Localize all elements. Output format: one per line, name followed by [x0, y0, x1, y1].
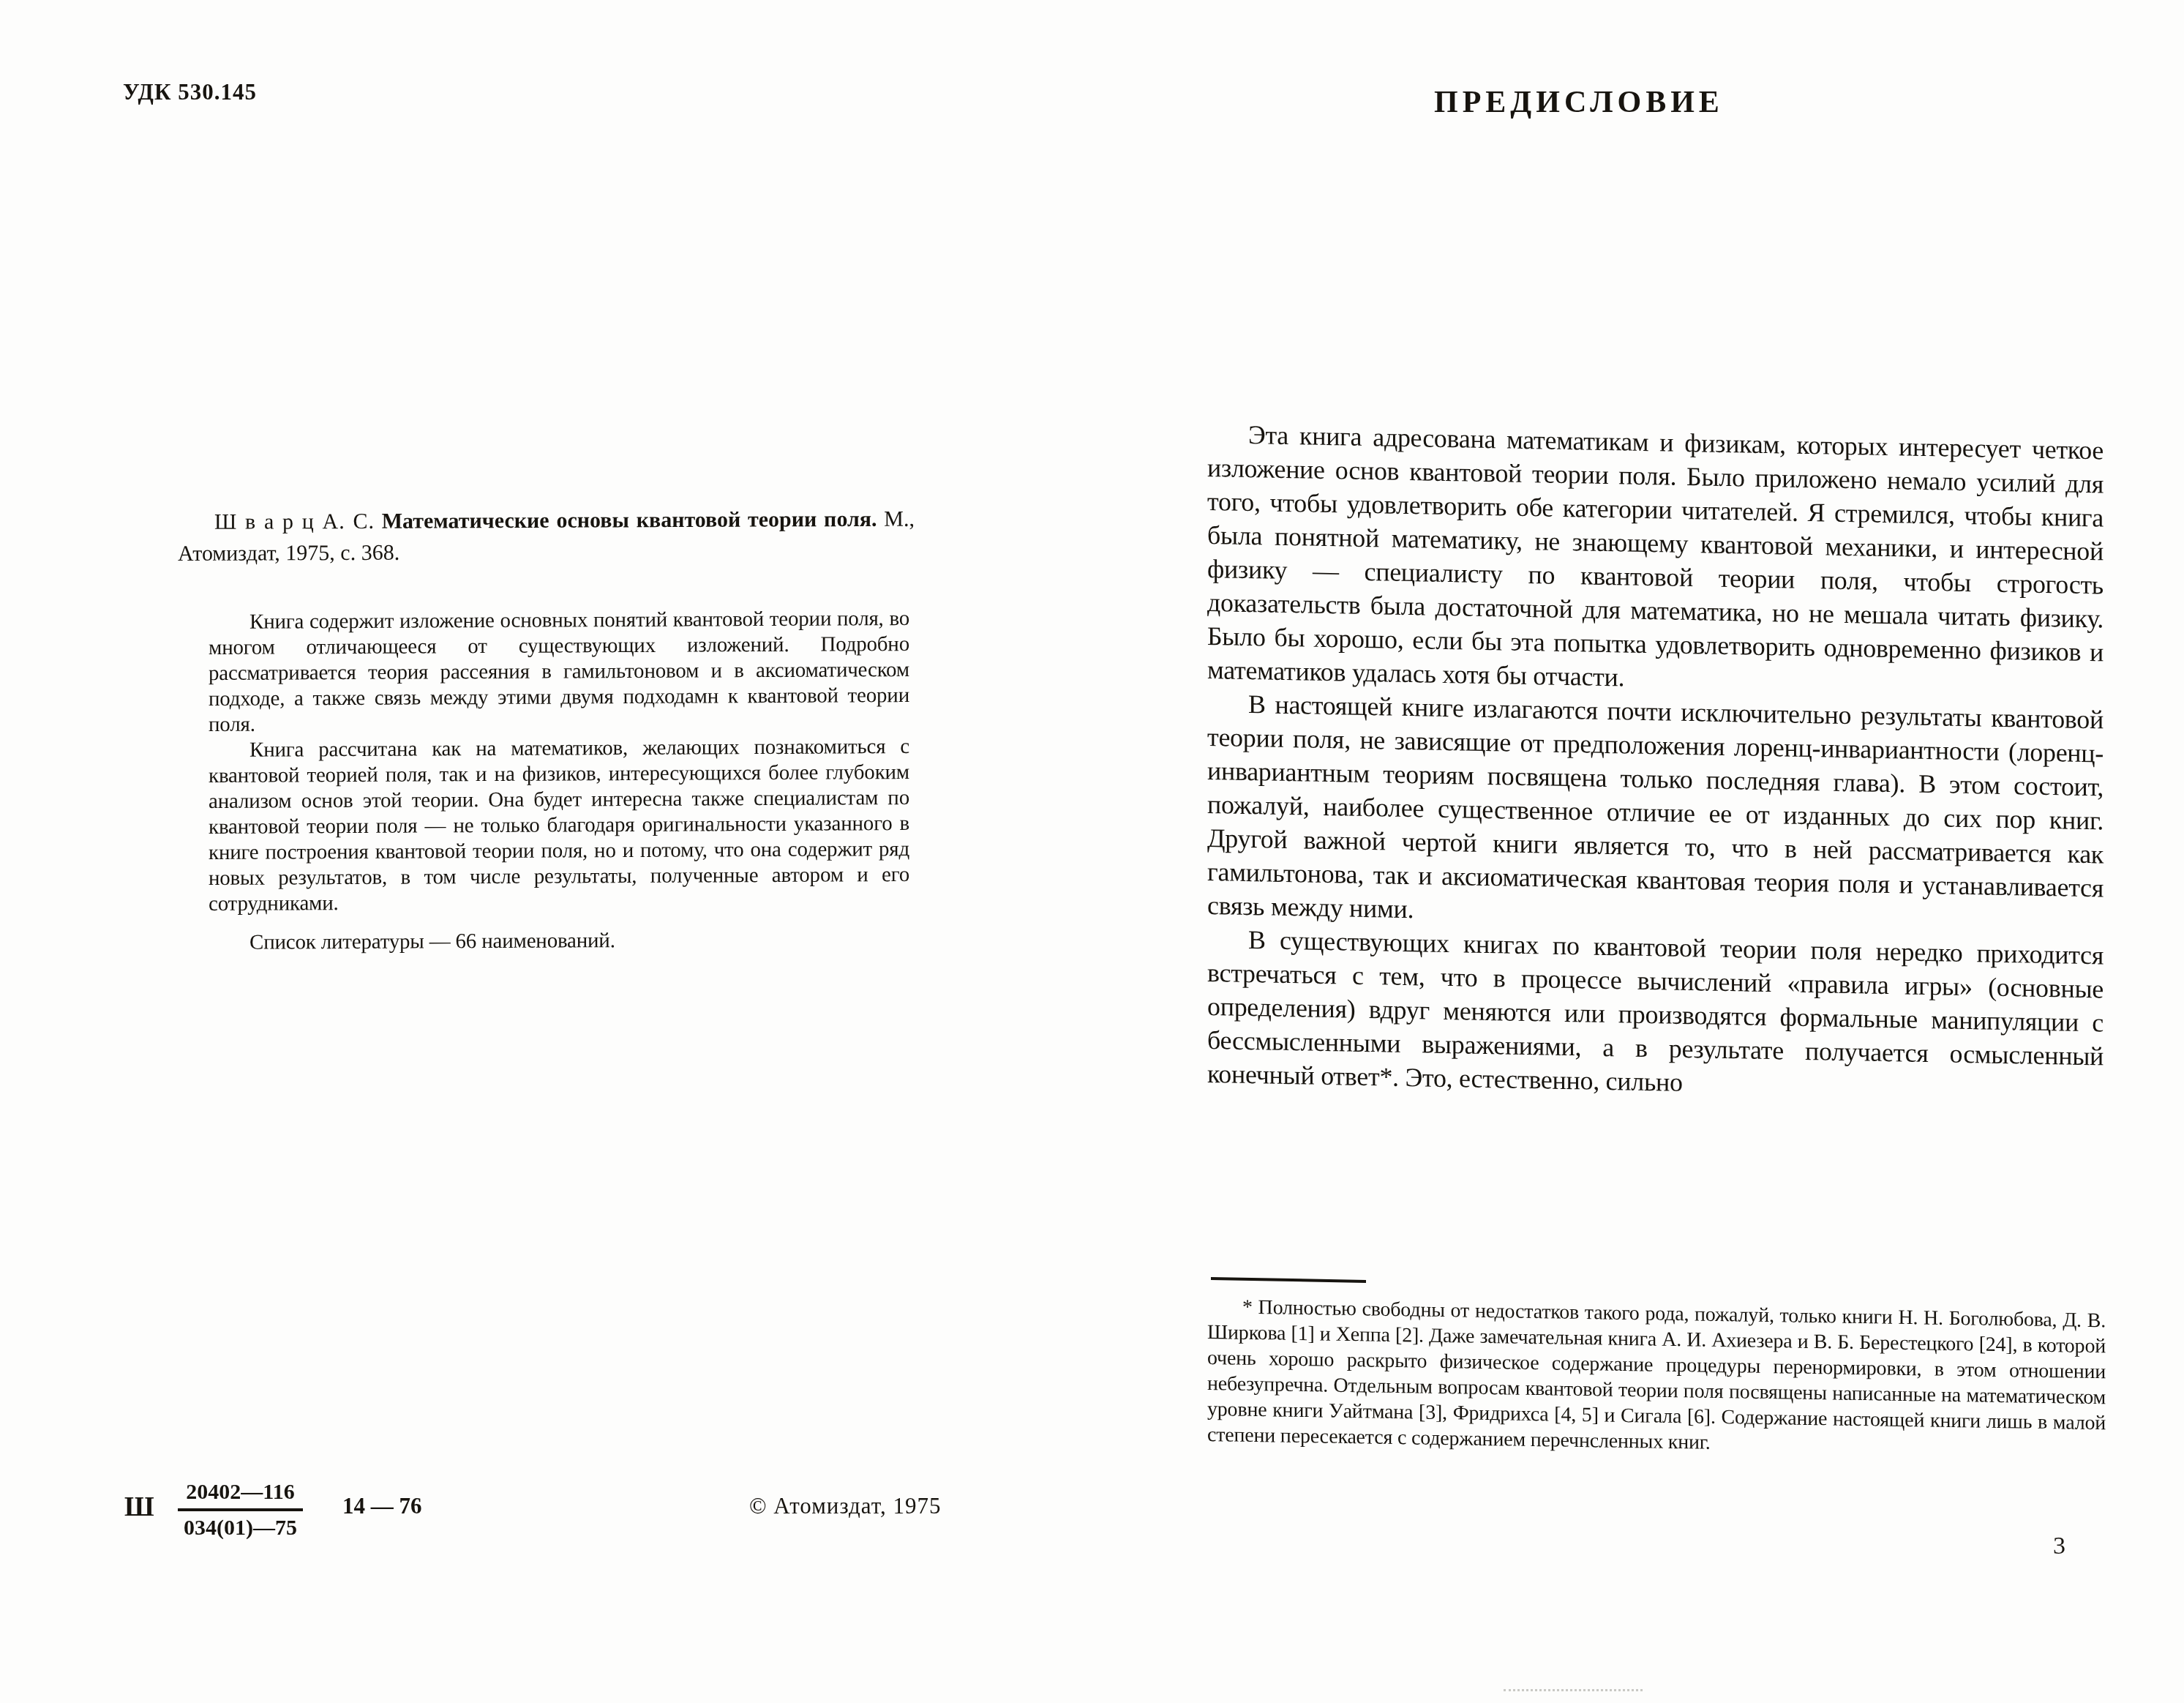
classification-denominator: 034(01)—75 [178, 1508, 303, 1544]
classification-suffix: 14 — 76 [342, 1493, 422, 1519]
copyright-notice: © Атомиздат, 1975 [749, 1493, 942, 1519]
preface-heading: ПРЕДИСЛОВИЕ [1434, 85, 1724, 120]
book-title: Математические основы квантовой теории п… [382, 507, 877, 534]
literature-count-note: Список литературы — 66 наименований. [209, 927, 909, 956]
udk-code: УДК 530.145 [123, 79, 257, 105]
book-spread: УДК 530.145 Ш в а р ц А. С. Математическ… [0, 0, 2184, 1703]
annotation-paragraph: Книга содержит изложение основных поняти… [209, 606, 909, 738]
preface-paragraph: Эта книга адресована математикам и физик… [1207, 417, 2104, 703]
preface-paragraph: В настоящей книге излагаются почти исклю… [1207, 686, 2104, 938]
preface-text: Эта книга адресована математикам и физик… [1207, 417, 2104, 1107]
classification-code: 20402—116 034(01)—75 [178, 1475, 303, 1544]
preface-paragraph: В существующих книгах по квантовой теори… [1207, 922, 2104, 1107]
bibliographic-text: Ш в а р ц А. С. Математические основы кв… [178, 504, 915, 569]
classification-sigla: Ш [124, 1491, 154, 1523]
bibliographic-entry: Ш в а р ц А. С. Математические основы кв… [178, 504, 915, 569]
footnote-text: * Полностью свободны от недостатков тако… [1207, 1294, 2106, 1461]
page-number: 3 [2053, 1532, 2065, 1560]
footnote-divider [1211, 1277, 1366, 1283]
author-name: Ш в а р ц А. С. [214, 509, 375, 534]
annotation-block: Книга содержит изложение основных поняти… [209, 606, 909, 956]
classification-numerator: 20402—116 [178, 1475, 303, 1508]
annotation-paragraph: Книга рассчитана как на математиков, жел… [209, 734, 909, 917]
scan-artifact [1504, 1689, 1643, 1691]
